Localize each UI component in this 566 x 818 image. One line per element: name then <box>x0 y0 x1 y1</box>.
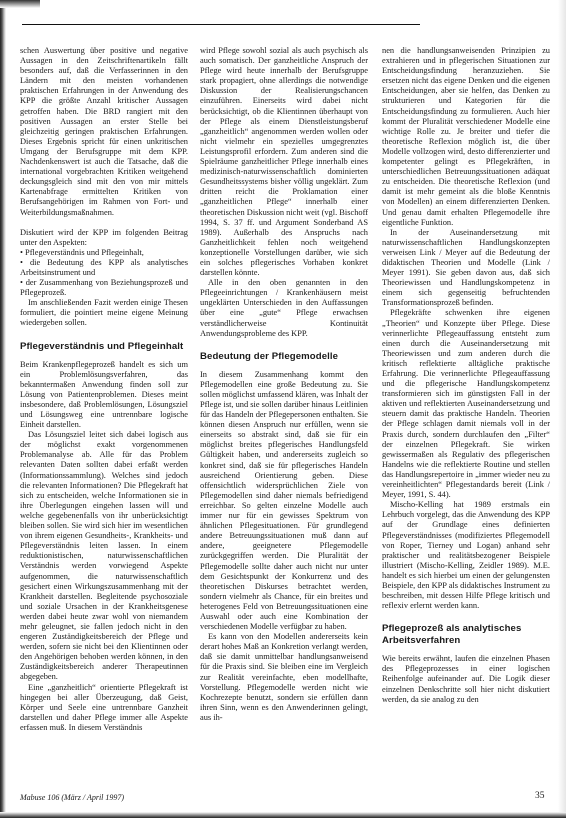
section-heading: Pflegeverständnis und Pflegeinhalt <box>20 341 188 353</box>
paragraph: nen die handlungsanweisenden Prinzipien … <box>382 46 550 228</box>
text-column-1: schen Auswertung über positive und negat… <box>20 46 188 733</box>
paragraph: Wie bereits erwähnt, laufen die einzelne… <box>382 654 550 704</box>
paragraph: In diesem Zusammenhang kommt den Pflegem… <box>200 370 368 632</box>
text-column-3: nen die handlungsanweisenden Prinzipien … <box>382 46 550 705</box>
paragraph: Alle in den oben genannten in den Pflege… <box>200 278 368 339</box>
paragraph: Eine „ganzheitlich“ orientierte Pflegekr… <box>20 683 188 733</box>
aspect-list: Pflegeverständnis und Pflegeinhalt, die … <box>20 248 188 298</box>
paragraph: Mischo-Kelling hat 1989 erstmals ein Leh… <box>382 500 550 611</box>
paragraph: Im anschließenden Fazit werden einige Th… <box>20 298 188 328</box>
paragraph: wird Pflege sowohl sozial als auch psych… <box>200 46 368 278</box>
header-rule <box>22 24 420 25</box>
section-heading: Bedeutung der Pflegemodelle <box>200 351 368 363</box>
paragraph: In der Auseinandersetzung mit naturwisse… <box>382 228 550 309</box>
heading-line-1: Pflegeprozeß als analytisches <box>382 623 521 634</box>
page-corner-shadow <box>0 0 40 8</box>
paragraph: Das Lösungsziel leitet sich dabei logisc… <box>20 430 188 682</box>
paragraph: Diskutiert wird der KPP im folgenden Bei… <box>20 228 188 248</box>
page-bottom-shadow <box>0 812 566 818</box>
list-item: die Bedeutung des KPP als analytisches A… <box>20 258 188 278</box>
list-item: Pflegeverständnis und Pflegeinhalt, <box>20 248 188 258</box>
paragraph: Pflegekräfte schwenken ihre eigenen „The… <box>382 308 550 500</box>
section-heading: Pflegeprozeß als analytisches Arbeitsver… <box>382 623 550 647</box>
page-edge-shade <box>558 0 566 818</box>
page-spine-shadow <box>0 0 6 818</box>
page-number: 35 <box>535 791 545 801</box>
text-column-2: wird Pflege sowohl sozial als auch psych… <box>200 46 368 723</box>
journal-footer: Mabuse 106 (März / April 1997) <box>20 793 124 802</box>
paragraph: Es kann von den Modellen andererseits ke… <box>200 632 368 723</box>
heading-line-2: Arbeitsverfahren <box>382 635 460 646</box>
paragraph: schen Auswertung über positive und negat… <box>20 46 188 218</box>
list-item: der Zusammenhang von Beziehungsprozeß un… <box>20 278 188 298</box>
paragraph: Beim Krankenpflegeprozeß handelt es sich… <box>20 360 188 431</box>
